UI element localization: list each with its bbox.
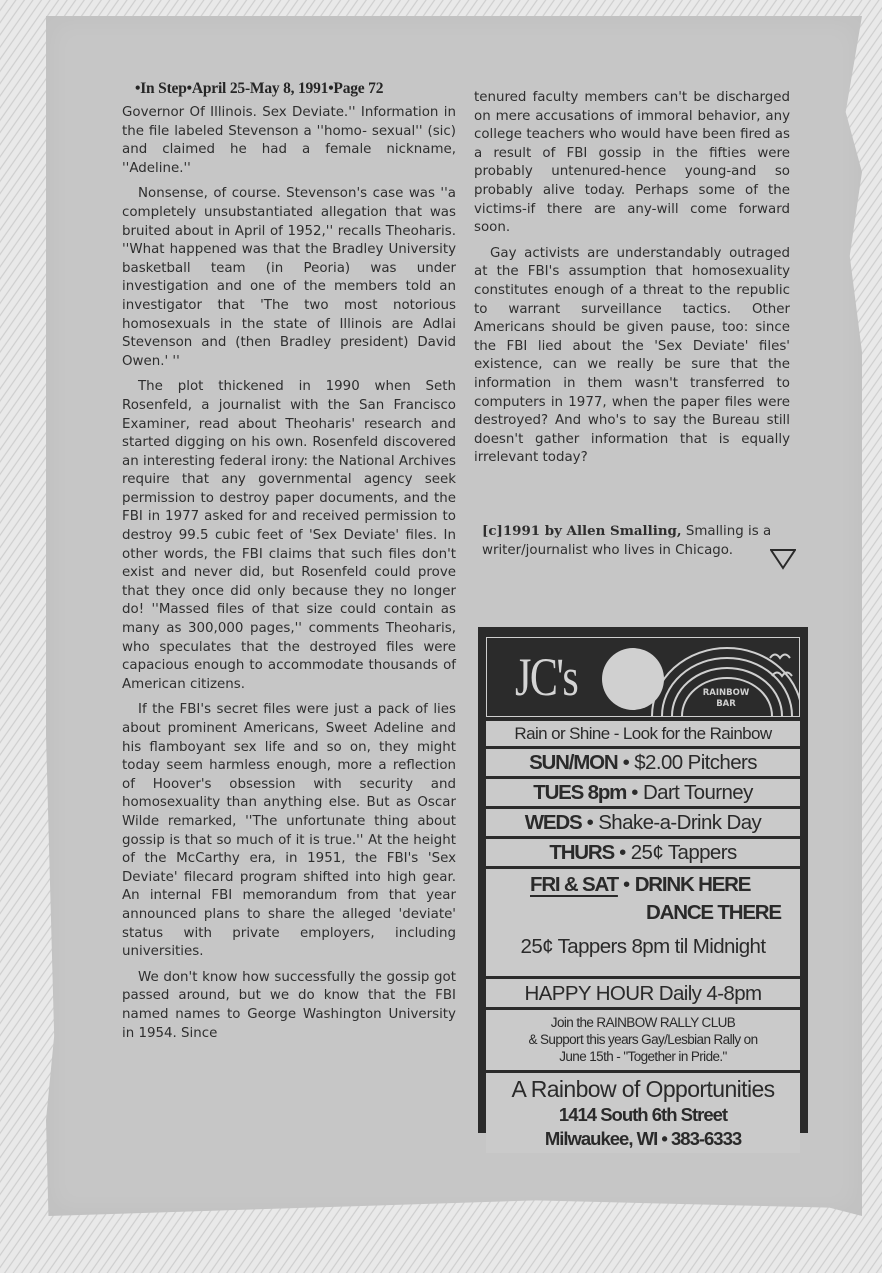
article-right-column: tenured faculty members can't be dischar… [474, 89, 790, 468]
paragraph: Gay activists are understandably outrage… [474, 245, 790, 468]
paragraph: We don't know how successfully the gossi… [122, 969, 456, 1043]
paragraph: Nonsense, of course. Stevenson's case wa… [122, 185, 456, 371]
paragraph: tenured faculty members can't be dischar… [474, 89, 790, 238]
author-credit: [c]1991 by Allen Smalling, Smalling is a… [482, 522, 798, 560]
ad-row-tues: TUES 8pm • Dart Tourney [486, 779, 800, 806]
paragraph: Governor Of Illinois. Sex Deviate.'' Inf… [122, 104, 456, 178]
ad-logo: JC's RAINBOW BAR [486, 637, 800, 717]
article-left-column: Governor Of Illinois. Sex Deviate.'' Inf… [122, 104, 456, 1043]
ad-row-weekend: FRI & SAT • DRINK HERE DANCE THERE 25¢ T… [486, 869, 800, 976]
ad-row-rally: Join the RAINBOW RALLY CLUB & Support th… [486, 1010, 800, 1070]
ad-row-weds: WEDS • Shake-a-Drink Day [486, 809, 800, 836]
ad-tagline: Rain or Shine - Look for the Rainbow [486, 721, 800, 746]
paragraph: The plot thickened in 1990 when Seth Ros… [122, 378, 456, 694]
ad-row-thurs: THURS • 25¢ Tappers [486, 839, 800, 866]
end-of-article-triangle-icon [770, 548, 796, 570]
paragraph: If the FBI's secret files were just a pa… [122, 701, 456, 961]
ad-row-happy-hour: HAPPY HOUR Daily 4-8pm [486, 979, 800, 1007]
logo-name: JC's [515, 642, 577, 712]
logo-subtitle: RAINBOW BAR [696, 688, 756, 710]
jcs-rainbow-bar-advertisement: JC's RAINBOW BAR Rain or Shine - Look fo… [478, 627, 808, 1133]
author-credit-bold: [c]1991 by Allen Smalling, [482, 523, 682, 539]
masthead: •In Step•April 25-May 8, 1991•Page 72 [135, 80, 455, 98]
ad-row-sun-mon: SUN/MON • $2.00 Pitchers [486, 749, 800, 776]
ad-address: A Rainbow of Opportunities 1414 South 6t… [486, 1073, 800, 1153]
